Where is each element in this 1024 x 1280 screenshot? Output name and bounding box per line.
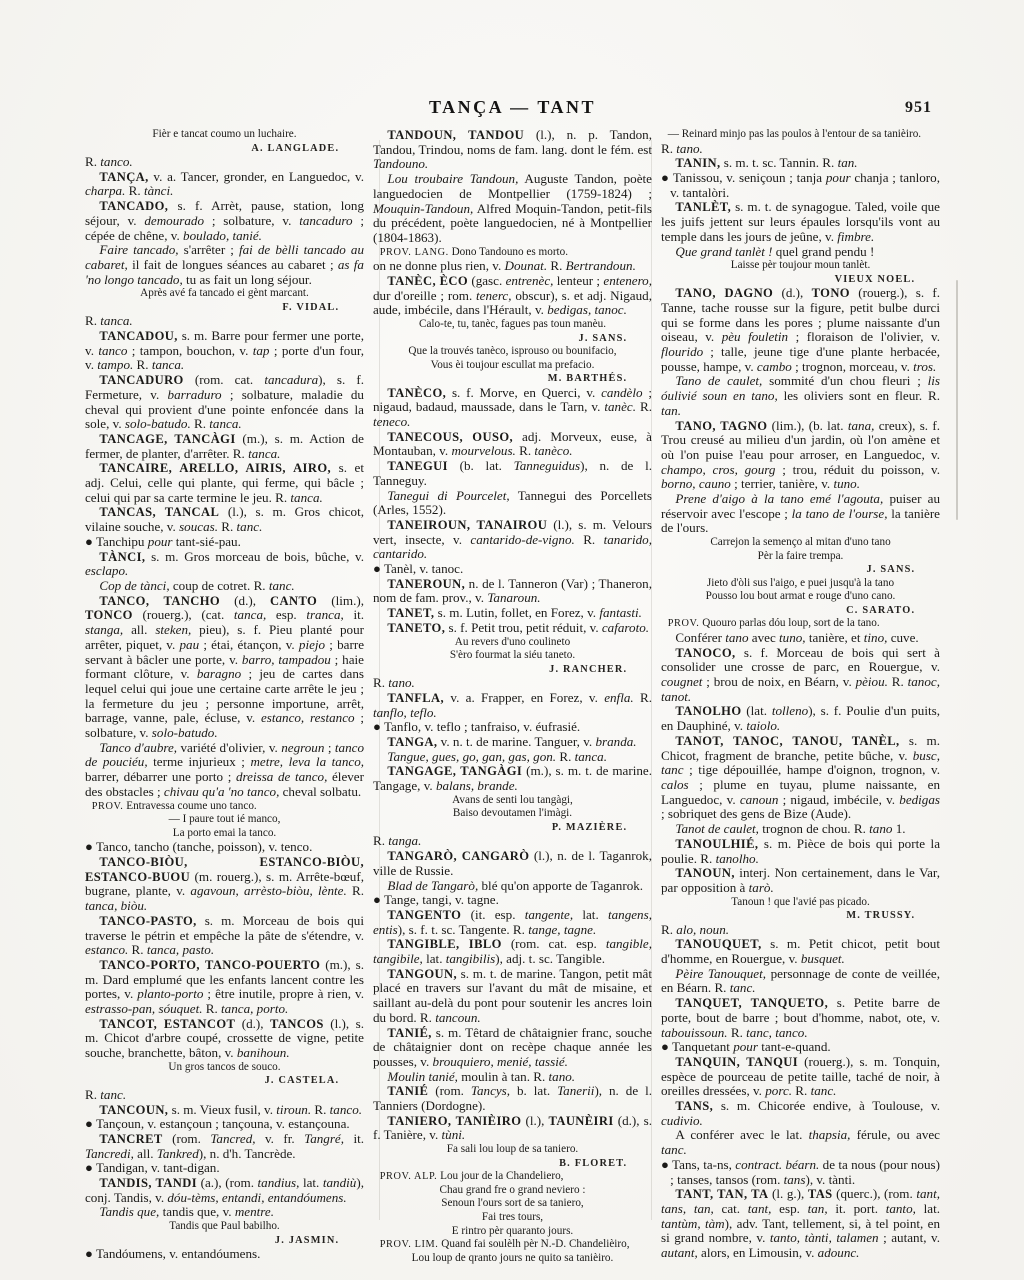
citation-line: Pousso lou bout armat e rouge d'uno cano… xyxy=(661,590,940,604)
citation-line: Avans de senti lou tangàgi, xyxy=(373,794,652,808)
dictionary-entry: Cop de tànci, coup de cotret. R. tanc. xyxy=(85,579,364,594)
dictionary-entry: TANCOT, ESTANCOT (d.), TANCOS (l.), s. m… xyxy=(85,1017,364,1061)
citation-line: Chau grand fre o grand neviero : xyxy=(373,1184,652,1198)
citation-line: Que la trouvés tanèco, isprouso ou bouni… xyxy=(373,345,652,359)
citation-line: E rintro pèr quaranto jours. xyxy=(373,1225,652,1239)
dictionary-entry: TANÇA, v. a. Tancer, gronder, en Langued… xyxy=(85,170,364,199)
dictionary-entry: TANOT, TANOC, TANOU, TANÈL, s. m. Chicot… xyxy=(661,734,940,822)
dictionary-entry: TANIN, s. m. t. sc. Tannin. R. tan. xyxy=(661,156,940,171)
column-divider xyxy=(379,140,380,1220)
dictionary-entry: on ne donne plus rien, v. Dounat. R. Ber… xyxy=(373,259,652,274)
author-attribution: J. SANS. xyxy=(373,332,652,345)
proverb-line: PROV. LIM. Quand fai soulèlh pèr N.-D. C… xyxy=(373,1238,652,1252)
citation-line: Jieto d'òli sus l'aigo, e puei jusqu'à l… xyxy=(661,577,940,591)
citation-line: Laisse pèr toujour moun tanlèt. xyxy=(661,259,940,273)
author-attribution: VIEUX NOEL. xyxy=(661,273,940,286)
dictionary-entry: TANCO, TANCHO (d.), CANTO (lim.), TONCO … xyxy=(85,594,364,741)
dictionary-entry: TANCRET (rom. Tancred, v. fr. Tangré, it… xyxy=(85,1132,364,1161)
dictionary-entry: TANCO-PORTO, TANCO-POUERTO (m.), s. m. D… xyxy=(85,958,364,1017)
dictionary-entry: TANIERO, TANIÈIRO (l.), TAUNÈIRI (d.), s… xyxy=(373,1114,652,1143)
etymology-reference: R. tanca. xyxy=(85,314,364,329)
cross-reference-note: ● Tanissou, v. seniçoun ; tanja pour cha… xyxy=(661,171,940,200)
cross-reference-note: ● Tans, ta-ns, contract. béarn. de ta no… xyxy=(661,1158,940,1187)
etymology-reference: R. tano. xyxy=(373,676,652,691)
dictionary-entry: Tanegui di Pourcelet, Tannegui des Porce… xyxy=(373,489,652,518)
etymology-reference: R. tanco. xyxy=(85,155,364,170)
dictionary-entry: TANCO-PASTO, s. m. Morceau de bois qui t… xyxy=(85,914,364,958)
dictionary-entry: Lou troubaire Tandoun, Auguste Tandon, p… xyxy=(373,172,652,246)
dictionary-entry: TANGIBLE, IBLO (rom. cat. esp. tangible,… xyxy=(373,937,652,966)
column-divider xyxy=(651,140,652,1220)
citation-line: Calo-te, tu, tanèc, fagues pas toun manè… xyxy=(373,318,652,332)
citation-line: Tanoun ! que l'avié pas picado. xyxy=(661,896,940,910)
dictionary-entry: TANGAGE, TANGÀGI (m.), s. m. t. de marin… xyxy=(373,764,652,793)
cross-reference-note: ● Tanchipu pour tant-sié-pau. xyxy=(85,535,364,550)
page-number: 951 xyxy=(905,99,932,117)
proverb-line: — Reinard minjo pas las poulos à l'entou… xyxy=(661,128,940,142)
proverb-line: PROV. Quouro parlas dóu loup, sort de la… xyxy=(661,617,940,631)
dictionary-entry: TANEIROUN, TANAIROU (l.), s. m. Velours … xyxy=(373,518,652,562)
dictionary-entry: TANGA, v. n. t. de marine. Tanguer, v. b… xyxy=(373,735,652,750)
text-columns: Fièr e tancat coumo un luchaire.A. LANGL… xyxy=(85,128,941,1265)
dictionary-entry: TANET, s. m. Lutin, follet, en Forez, v.… xyxy=(373,606,652,621)
dictionary-entry: TANOUN, interj. Non certainement, dans l… xyxy=(661,866,940,895)
proverb-line: PROV. Entravessa coume uno tanco. xyxy=(85,800,364,814)
column-1: Fièr e tancat coumo un luchaire.A. LANGL… xyxy=(85,128,364,1265)
etymology-reference: R. tanga. xyxy=(373,834,652,849)
citation-line: — I paure tout ié manco, xyxy=(85,813,364,827)
author-attribution: M. TRUSSY. xyxy=(661,909,940,922)
author-attribution: J. CASTELA. xyxy=(85,1074,364,1087)
citation-line: Un gros tancos de souco. xyxy=(85,1061,364,1075)
dictionary-entry: TANCADO, s. f. Arrèt, pause, station, lo… xyxy=(85,199,364,243)
dictionary-entry: Prene d'aigo à la tano emé l'agouta, pui… xyxy=(661,492,940,536)
citation-line: Fa sali lou loup de sa taniero. xyxy=(373,1143,652,1157)
scanned-page: TANÇA — TANT 951 Fièr e tancat coumo un … xyxy=(0,0,1024,1280)
cross-reference-note: ● Tandóumens, v. entandóumens. xyxy=(85,1247,364,1262)
etymology-reference: R. alo, noun. xyxy=(661,923,940,938)
dictionary-entry: Que grand tanlèt ! quel grand pendu ! xyxy=(661,245,940,260)
proverb-line: PROV. LANG. Dono Tandouno es morto. xyxy=(373,246,652,260)
cross-reference-note: ● Tange, tangi, v. tagne. xyxy=(373,893,652,908)
cross-reference-note: ● Tançoun, v. estançoun ; tançouna, v. e… xyxy=(85,1117,364,1132)
dictionary-entry: TANOLHO (lat. tolleno), s. f. Poulie d'u… xyxy=(661,704,940,733)
dictionary-entry: TANQUET, TANQUETO, s. Petite barre de po… xyxy=(661,996,940,1040)
dictionary-entry: TANO, DAGNO (d.), TONO (rouerg.), s. f. … xyxy=(661,286,940,374)
dictionary-entry: TANOCO, s. f. Morceau de bois qui sert à… xyxy=(661,646,940,705)
column-2: TANDOUN, TANDOU (l.), n. p. Tandon, Tand… xyxy=(373,128,652,1265)
citation-line: Après avé fa tancado ei gènt marcant. xyxy=(85,287,364,301)
author-attribution: A. LANGLADE. xyxy=(85,142,364,155)
dictionary-entry: TANOUQUET, s. m. Petit chicot, petit bou… xyxy=(661,937,940,966)
dictionary-entry: TANQUIN, TANQUI (rouerg.), s. m. Tonquin… xyxy=(661,1055,940,1099)
citation-line: Vous èi toujour escullat ma prefacio. xyxy=(373,359,652,373)
dictionary-entry: TANGOUN, s. m. t. de marine. Tangon, pet… xyxy=(373,967,652,1026)
dictionary-entry: TANCAS, TANCAL (l.), s. m. Gros chicot, … xyxy=(85,505,364,534)
dictionary-entry: TANO, TAGNO (lim.), (b. lat. tana, creux… xyxy=(661,419,940,493)
cross-reference-note: ● Tandigan, v. tant-digan. xyxy=(85,1161,364,1176)
dictionary-entry: TANCO-BIÒU, ESTANCO-BIÒU, ESTANCO-BUOU (… xyxy=(85,855,364,914)
dictionary-entry: TANIÉ, s. m. Têtard de châtaignier franc… xyxy=(373,1026,652,1070)
citation-line: Pèr la faire trempa. xyxy=(661,550,940,564)
dictionary-entry: TANFLA, v. a. Frapper, en Forez, v. enfl… xyxy=(373,691,652,720)
dictionary-entry: Pèire Tanouquet, personnage de conte de … xyxy=(661,967,940,996)
dictionary-entry: Tano de caulet, sommité d'un chou fleuri… xyxy=(661,374,940,418)
citation-line: Senoun l'ours sort de sa taniero, xyxy=(373,1197,652,1211)
citation-line: Lou loup de qranto jours ne quito sa tan… xyxy=(373,1252,652,1266)
cross-reference-note: ● Tanquetant pour tant-e-quand. xyxy=(661,1040,940,1055)
dictionary-entry: Conférer tano avec tuno, tanière, et tin… xyxy=(661,631,940,646)
citation-line: Baiso devoutamen l'imàgi. xyxy=(373,807,652,821)
dictionary-entry: TANÈC, ÈCO (gasc. entrenèc, lenteur ; en… xyxy=(373,274,652,318)
proverb-line: PROV. ALP. Lou jour de la Chandeliero, xyxy=(373,1170,652,1184)
dictionary-entry: TANLÈT, s. m. t. de synagogue. Taled, vo… xyxy=(661,200,940,244)
dictionary-entry: TANCAGE, TANCÀGI (m.), s. m. Action de f… xyxy=(85,432,364,461)
scan-artifact xyxy=(956,280,958,520)
author-attribution: J. JASMIN. xyxy=(85,1234,364,1247)
dictionary-entry: Tandis que, tandis que, v. mentre. xyxy=(85,1205,364,1220)
etymology-reference: R. tano. xyxy=(661,142,940,157)
dictionary-entry: Tanot de caulet, trognon de chou. R. tan… xyxy=(661,822,940,837)
citation-line: Tandis que Paul babilho. xyxy=(85,1220,364,1234)
citation-line: Fai tres tours, xyxy=(373,1211,652,1225)
cross-reference-note: ● Tanco, tancho (tanche, poisson), v. te… xyxy=(85,840,364,855)
dictionary-entry: TANIÉ (rom. Tancys, b. lat. Tanerii), n.… xyxy=(373,1084,652,1113)
dictionary-entry: TANOULHIÉ, s. m. Pièce de bois qui porte… xyxy=(661,837,940,866)
dictionary-entry: Blad de Tangarò, blé qu'on apporte de Ta… xyxy=(373,879,652,894)
citation-line: S'èro fourmat la siéu taneto. xyxy=(373,649,652,663)
dictionary-entry: TANCADURO (rom. cat. tancadura), s. f. F… xyxy=(85,373,364,432)
citation-line: La porto emai la tanco. xyxy=(85,827,364,841)
dictionary-entry: TANCOUN, s. m. Vieux fusil, v. tiroun. R… xyxy=(85,1103,364,1118)
dictionary-entry: Faire tancado, s'arrêter ; fai de bèlli … xyxy=(85,243,364,287)
author-attribution: J. SANS. xyxy=(661,563,940,576)
cross-reference-note: ● Tanflo, v. teflo ; tanfraiso, v. éufra… xyxy=(373,720,652,735)
dictionary-entry: TANECOUS, OUSO, adj. Morveux, euse, à Mo… xyxy=(373,430,652,459)
dictionary-entry: Moulin tanié, moulin à tan. R. tano. xyxy=(373,1070,652,1085)
citation-line: Carrejon la semenço al mitan d'uno tano xyxy=(661,536,940,550)
cross-reference-note: ● Tanèl, v. tanoc. xyxy=(373,562,652,577)
dictionary-entry: TANETO, s. f. Petit trou, petit réduit, … xyxy=(373,621,652,636)
dictionary-entry: TÀNCI, s. m. Gros morceau de bois, bûche… xyxy=(85,550,364,579)
author-attribution: B. FLORET. xyxy=(373,1157,652,1170)
author-attribution: M. BARTHÉS. xyxy=(373,372,652,385)
dictionary-entry: A conférer avec le lat. thapsia, férule,… xyxy=(661,1128,940,1157)
dictionary-entry: TANÈCO, s. f. Morve, en Querci, v. candè… xyxy=(373,386,652,430)
dictionary-entry: TANCAIRE, ARELLO, AIRIS, AIRO, s. et adj… xyxy=(85,461,364,505)
dictionary-entry: TANS, s. m. Chicorée endive, à Toulouse,… xyxy=(661,1099,940,1128)
page-header: TANÇA — TANT 951 xyxy=(85,97,940,123)
author-attribution: C. SARATO. xyxy=(661,604,940,617)
dictionary-entry: Tanco d'aubre, variété d'olivier, v. neg… xyxy=(85,741,364,800)
etymology-reference: R. tanc. xyxy=(85,1088,364,1103)
column-3: — Reinard minjo pas las poulos à l'entou… xyxy=(661,128,940,1265)
dictionary-entry: TANEGUI (b. lat. Tanneguidus), n. de l. … xyxy=(373,459,652,488)
citation-line: Au revers d'uno coulineto xyxy=(373,636,652,650)
dictionary-entry: TANT, TAN, TA (l. g.), TAS (querc.), (ro… xyxy=(661,1187,940,1261)
dictionary-entry: TANDOUN, TANDOU (l.), n. p. Tandon, Tand… xyxy=(373,128,652,172)
author-attribution: F. VIDAL. xyxy=(85,301,364,314)
citation-line: Fièr e tancat coumo un luchaire. xyxy=(85,128,364,142)
dictionary-entry: Tangue, gues, go, gan, gas, gon. R. tanc… xyxy=(373,750,652,765)
page-title: TANÇA — TANT xyxy=(85,97,940,118)
dictionary-entry: TANDIS, TANDI (a.), (rom. tandius, lat. … xyxy=(85,1176,364,1205)
dictionary-entry: TANGENTO (it. esp. tangente, lat. tangen… xyxy=(373,908,652,937)
dictionary-entry: TANEROUN, n. de l. Tanneron (Var) ; Than… xyxy=(373,577,652,606)
dictionary-entry: TANGARÒ, CANGARÒ (l.), n. de l. Taganrok… xyxy=(373,849,652,878)
author-attribution: J. RANCHER. xyxy=(373,663,652,676)
author-attribution: P. MAZIÈRE. xyxy=(373,821,652,834)
dictionary-entry: TANCADOU, s. m. Barre pour fermer une po… xyxy=(85,329,364,373)
